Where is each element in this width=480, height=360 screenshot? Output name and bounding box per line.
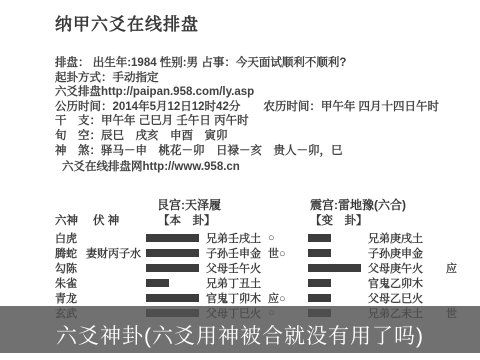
table-row: 腾蛇 妻财丙子水 子孙壬申金 世○ 子孙庚申金 [55, 245, 475, 260]
hidden-spirit-label: 妻财丙子水 [86, 245, 146, 261]
table-row: 朱雀 兄弟丁丑土 官鬼乙卯木 [55, 275, 475, 290]
changed-yao-line-icon [308, 264, 361, 272]
column-header-liushen: 六神 [55, 212, 78, 228]
original-yao-line-icon [146, 279, 199, 287]
column-header-changed: 【变 卦】 [310, 212, 368, 228]
changed-yao-text: 父母乙巳火 [368, 290, 434, 306]
table-row: 青龙 官鬼丁卯木 应○ 父母乙巳火 [55, 290, 475, 305]
table-row: 白虎 兄弟壬戌土 ○ 兄弟庚戌土 [55, 230, 475, 245]
original-yao-line-icon [146, 294, 199, 302]
caption-title: 六爻神卦(六爻用神被合就没有用了吗) [56, 320, 424, 353]
six-spirit-label: 勾陈 [55, 260, 86, 276]
changed-yao-text: 兄弟庚戌土 [368, 230, 434, 246]
info-question-line: 排盘： 出生年:1984 性别:男 占事：今天面试顺利不顺利? [55, 56, 465, 71]
moving-mark: 世○ [268, 245, 298, 261]
original-yao-line-icon [146, 264, 199, 272]
info-xunkong-line: 旬 空：辰巳 戌亥 申酉 寅卯 [55, 129, 465, 144]
changed-yao-line-icon [308, 234, 361, 242]
table-row: 勾陈 父母壬午火 父母庚午火 应 [55, 260, 475, 275]
original-hexagram-header: 艮宫:天泽履 [157, 196, 221, 213]
caption-overlay-bar: 六爻神卦(六爻用神被合就没有用了吗) [0, 306, 480, 353]
original-yao-text: 子孙壬申金 [206, 245, 268, 261]
original-yao-text: 父母壬午火 [206, 260, 268, 276]
six-spirit-label: 腾蛇 [55, 245, 86, 261]
info-source-url: 六爻排盘http://paipan.958.com/ly.asp [55, 85, 465, 100]
original-yao-line-icon [146, 234, 199, 242]
moving-mark: 应○ [268, 290, 298, 306]
original-yao-text: 官鬼丁卯木 [206, 290, 268, 306]
page-title: 纳甲六爻在线排盘 [55, 10, 199, 35]
info-shensha-line: 神 煞：驿马－申 桃花－卯 日禄－亥 贵人－卯，巳 [55, 144, 465, 159]
moving-mark: ○ [268, 232, 298, 244]
chart-info-block: 排盘： 出生年:1984 性别:男 占事：今天面试顺利不顺利? 起卦方式：手动指… [55, 56, 465, 175]
changed-yao-text: 父母庚午火 [368, 260, 434, 276]
info-site-url: 六爻在线排盘网http://www.958.cn [62, 160, 465, 175]
info-method-line: 起卦方式：手动指定 [55, 71, 465, 86]
changed-yao-line-icon [308, 249, 361, 257]
changed-yao-text: 官鬼乙卯木 [368, 275, 434, 291]
info-datetime-line: 公历时间：2014年5月12日12时42分 农历时间：甲午年 四月十四日午时 [55, 100, 465, 115]
original-yao-line-icon [146, 249, 199, 257]
changed-yao-line-icon [308, 294, 361, 302]
column-header-original: 【本 卦】 [158, 212, 216, 228]
info-ganzhi-line: 干 支：甲午年 己巳月 壬午日 丙午时 [55, 114, 465, 129]
column-header-fushen: 伏 神 [93, 212, 119, 228]
six-spirit-label: 朱雀 [55, 275, 86, 291]
changed-hexagram-header: 震宫:雷地豫(六合) [310, 196, 406, 213]
six-spirit-label: 青龙 [55, 290, 86, 306]
original-yao-text: 兄弟丁丑土 [206, 275, 268, 291]
original-yao-text: 兄弟壬戌土 [206, 230, 268, 246]
liuyao-chart-screenshot: 纳甲六爻在线排盘 排盘： 出生年:1984 性别:男 占事：今天面试顺利不顺利?… [0, 0, 480, 360]
changed-yao-line-icon [308, 279, 361, 287]
six-spirit-label: 白虎 [55, 230, 86, 246]
changed-yao-text: 子孙庚申金 [368, 245, 434, 261]
shi-ying-mark: 应 [446, 260, 462, 276]
